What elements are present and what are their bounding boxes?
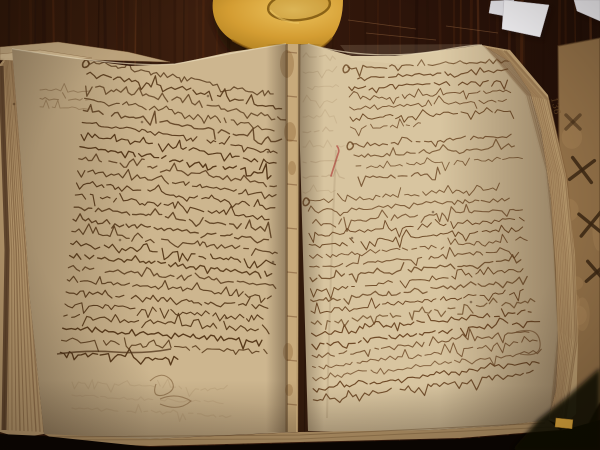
manuscript-photograph: 136	[0, 0, 600, 450]
manuscript-photo-canvas: 136	[0, 0, 600, 450]
foreground-shadows	[0, 0, 600, 450]
